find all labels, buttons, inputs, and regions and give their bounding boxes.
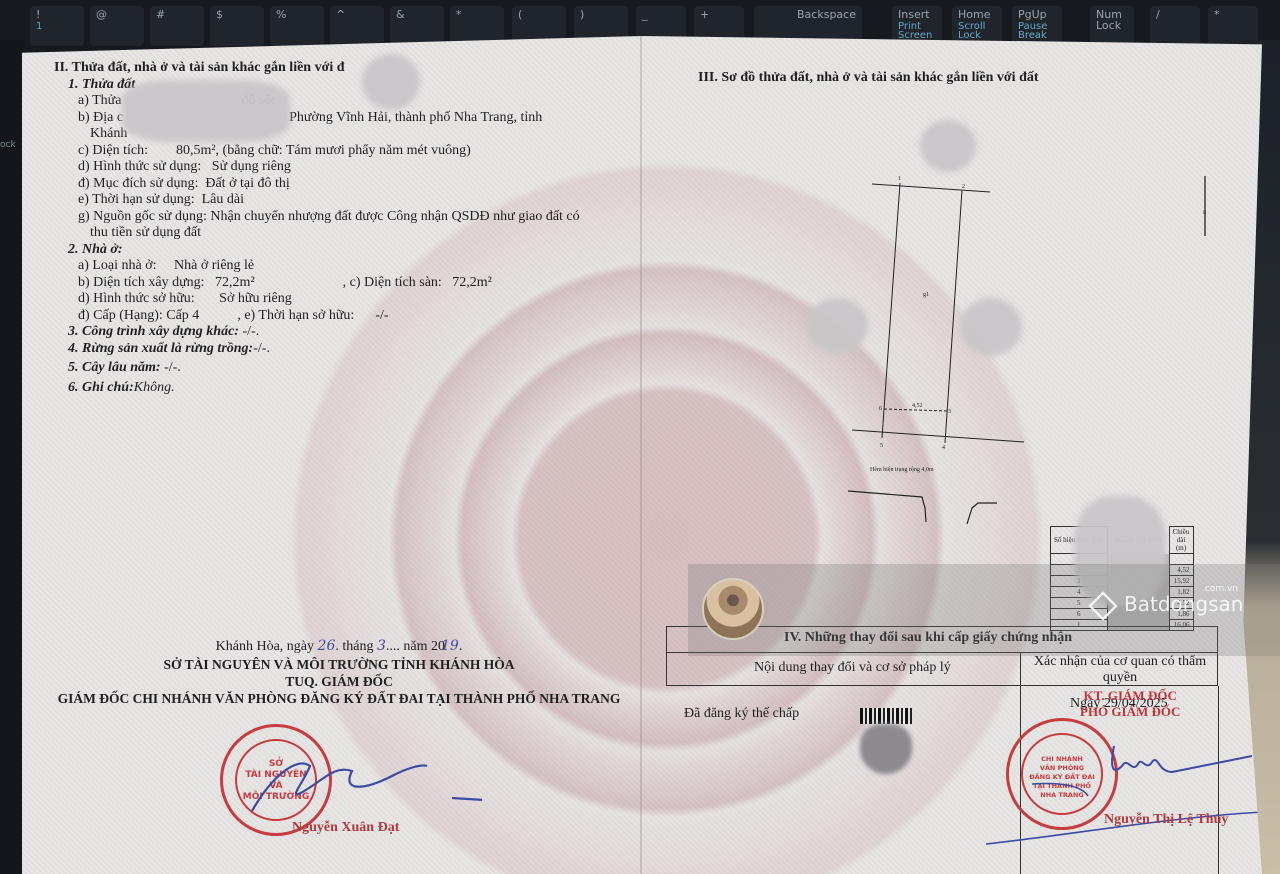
changes-column-header: Nội dung thay đổi và cơ sở pháp lý [754,660,951,676]
land-plot-diagram: 1 2 3 4 5 6 g1 4,52 Hẻm hiện trạng rộng … [842,166,1042,566]
svg-text:B: B [1203,211,1207,216]
privacy-blur [920,120,976,172]
svg-text:5: 5 [880,443,883,449]
issuer-signature-block: Khánh Hòa, ngày 26. tháng 3.... năm 2019… [44,638,634,707]
keyboard-left-edge: ock [0,40,24,874]
section-4-changes: IV. Những thay đổi sau khi cấp giấy chứn… [666,626,1218,874]
north-arrow-icon: B [1198,172,1212,242]
key-home: HomeScroll Lock [952,6,1002,46]
house-area-line: b) Diện tích xây dựng: 72,2m², c) Diện t… [54,275,580,292]
issue-date: Khánh Hòa, ngày 26. tháng 3.... năm 2019… [44,638,634,656]
svg-text:g1: g1 [923,292,929,298]
land-usage-form: d) Hình thức sử dụng: Sử dụng riêng [54,159,580,176]
key-5: % [270,6,324,46]
key-divide: / [1150,6,1200,46]
privacy-blur [122,80,290,142]
svg-text:4: 4 [942,445,945,451]
poster-avatar[interactable] [702,578,764,640]
key-numlock: Num Lock [1090,6,1134,46]
qr-code [860,708,912,774]
house-grade-line: đ) Cấp (Hạng): Cấp 4, e) Thời hạn sở hữu… [54,308,580,325]
confirmation-column-header: Xác nhận của cơ quan có thẩm quyền [1030,654,1210,686]
key-7: & [390,6,444,46]
land-usage-purpose: đ) Mục đích sử dụng: Đất ở tại đô thị [54,176,580,193]
key-3: # [150,6,204,46]
land-area: c) Diện tích: 80,5m², (bằng chữ: Tám mươ… [54,143,580,160]
key-6: ^ [330,6,384,46]
registration-office-seal: CHI NHÁNH VĂN PHÒNG ĐĂNG KÝ ĐẤT ĐAI TẠI … [1006,718,1118,830]
confirmation-signer-name: Nguyễn Thị Lệ Thủy [1104,812,1228,828]
section-2-title: II. Thửa đất, nhà ở và tài sản khác gắn … [54,60,580,77]
issuing-department: SỞ TÀI NGUYÊN VÀ MÔI TRƯỜNG TỈNH KHÁNH H… [44,656,634,673]
land-certificate-page: II. Thửa đất, nhà ở và tài sản khác gắn … [22,36,1262,874]
batdongsan-logo-icon [1088,591,1117,620]
header-length: Chiều dài (m) [1169,527,1193,554]
house-type: a) Loại nhà ở: Nhà ở riêng lẻ [54,258,580,275]
fold-line [640,36,642,874]
house-heading: 2. Nhà ở: [54,242,580,259]
land-origin-cont: thu tiền sử dụng đất [54,225,580,242]
svg-text:6: 6 [879,406,882,412]
house-ownership: d) Hình thức sở hữu: Sở hữu riêng [54,291,580,308]
svg-text:3: 3 [948,409,951,415]
svg-text:Hẻm hiện trạng rộng 4,0m: Hẻm hiện trạng rộng 4,0m [870,467,934,473]
authorization-title: TUQ. GIÁM ĐỐC [44,673,634,690]
section-3-title: III. Sơ đồ thửa đất, nhà ở và tài sản kh… [698,70,1039,87]
key-4: $ [210,6,264,46]
land-usage-term: e) Thời hạn sử dụng: Lâu dài [54,192,580,209]
svg-text:1: 1 [898,176,901,182]
land-origin: g) Nguồn gốc sử dụng: Nhận chuyển nhượng… [54,209,580,226]
batdongsan-watermark: Batdongsan .com.vn [1090,592,1243,619]
confirmation-title: KT. GIÁM ĐỐC PHÓ GIÁM ĐỐC [1080,688,1180,720]
perennial-trees: 5. Cây lâu năm: -/-. [54,360,580,377]
svg-text:4,52: 4,52 [912,403,923,409]
svg-text:2: 2 [962,184,965,190]
issuing-office: GIÁM ĐỐC CHI NHÁNH VĂN PHÒNG ĐĂNG KÝ ĐẤT… [44,690,634,707]
key-1: !1 [30,6,84,46]
notes: 6. Ghi chú:Không. [54,380,580,397]
key-pgup: PgUpPause Break [1012,6,1062,46]
change-entry: Đã đăng ký thế chấp [684,706,799,722]
other-construction: 3. Công trình xây dựng khác: -/-. [54,324,580,341]
key-2: @ [90,6,144,46]
production-forest: 4. Rừng sản xuất là rừng trồng:-/-. [54,341,580,358]
privacy-blur [362,54,420,110]
issuer-signer-name: Nguyễn Xuân Đạt [292,820,399,836]
